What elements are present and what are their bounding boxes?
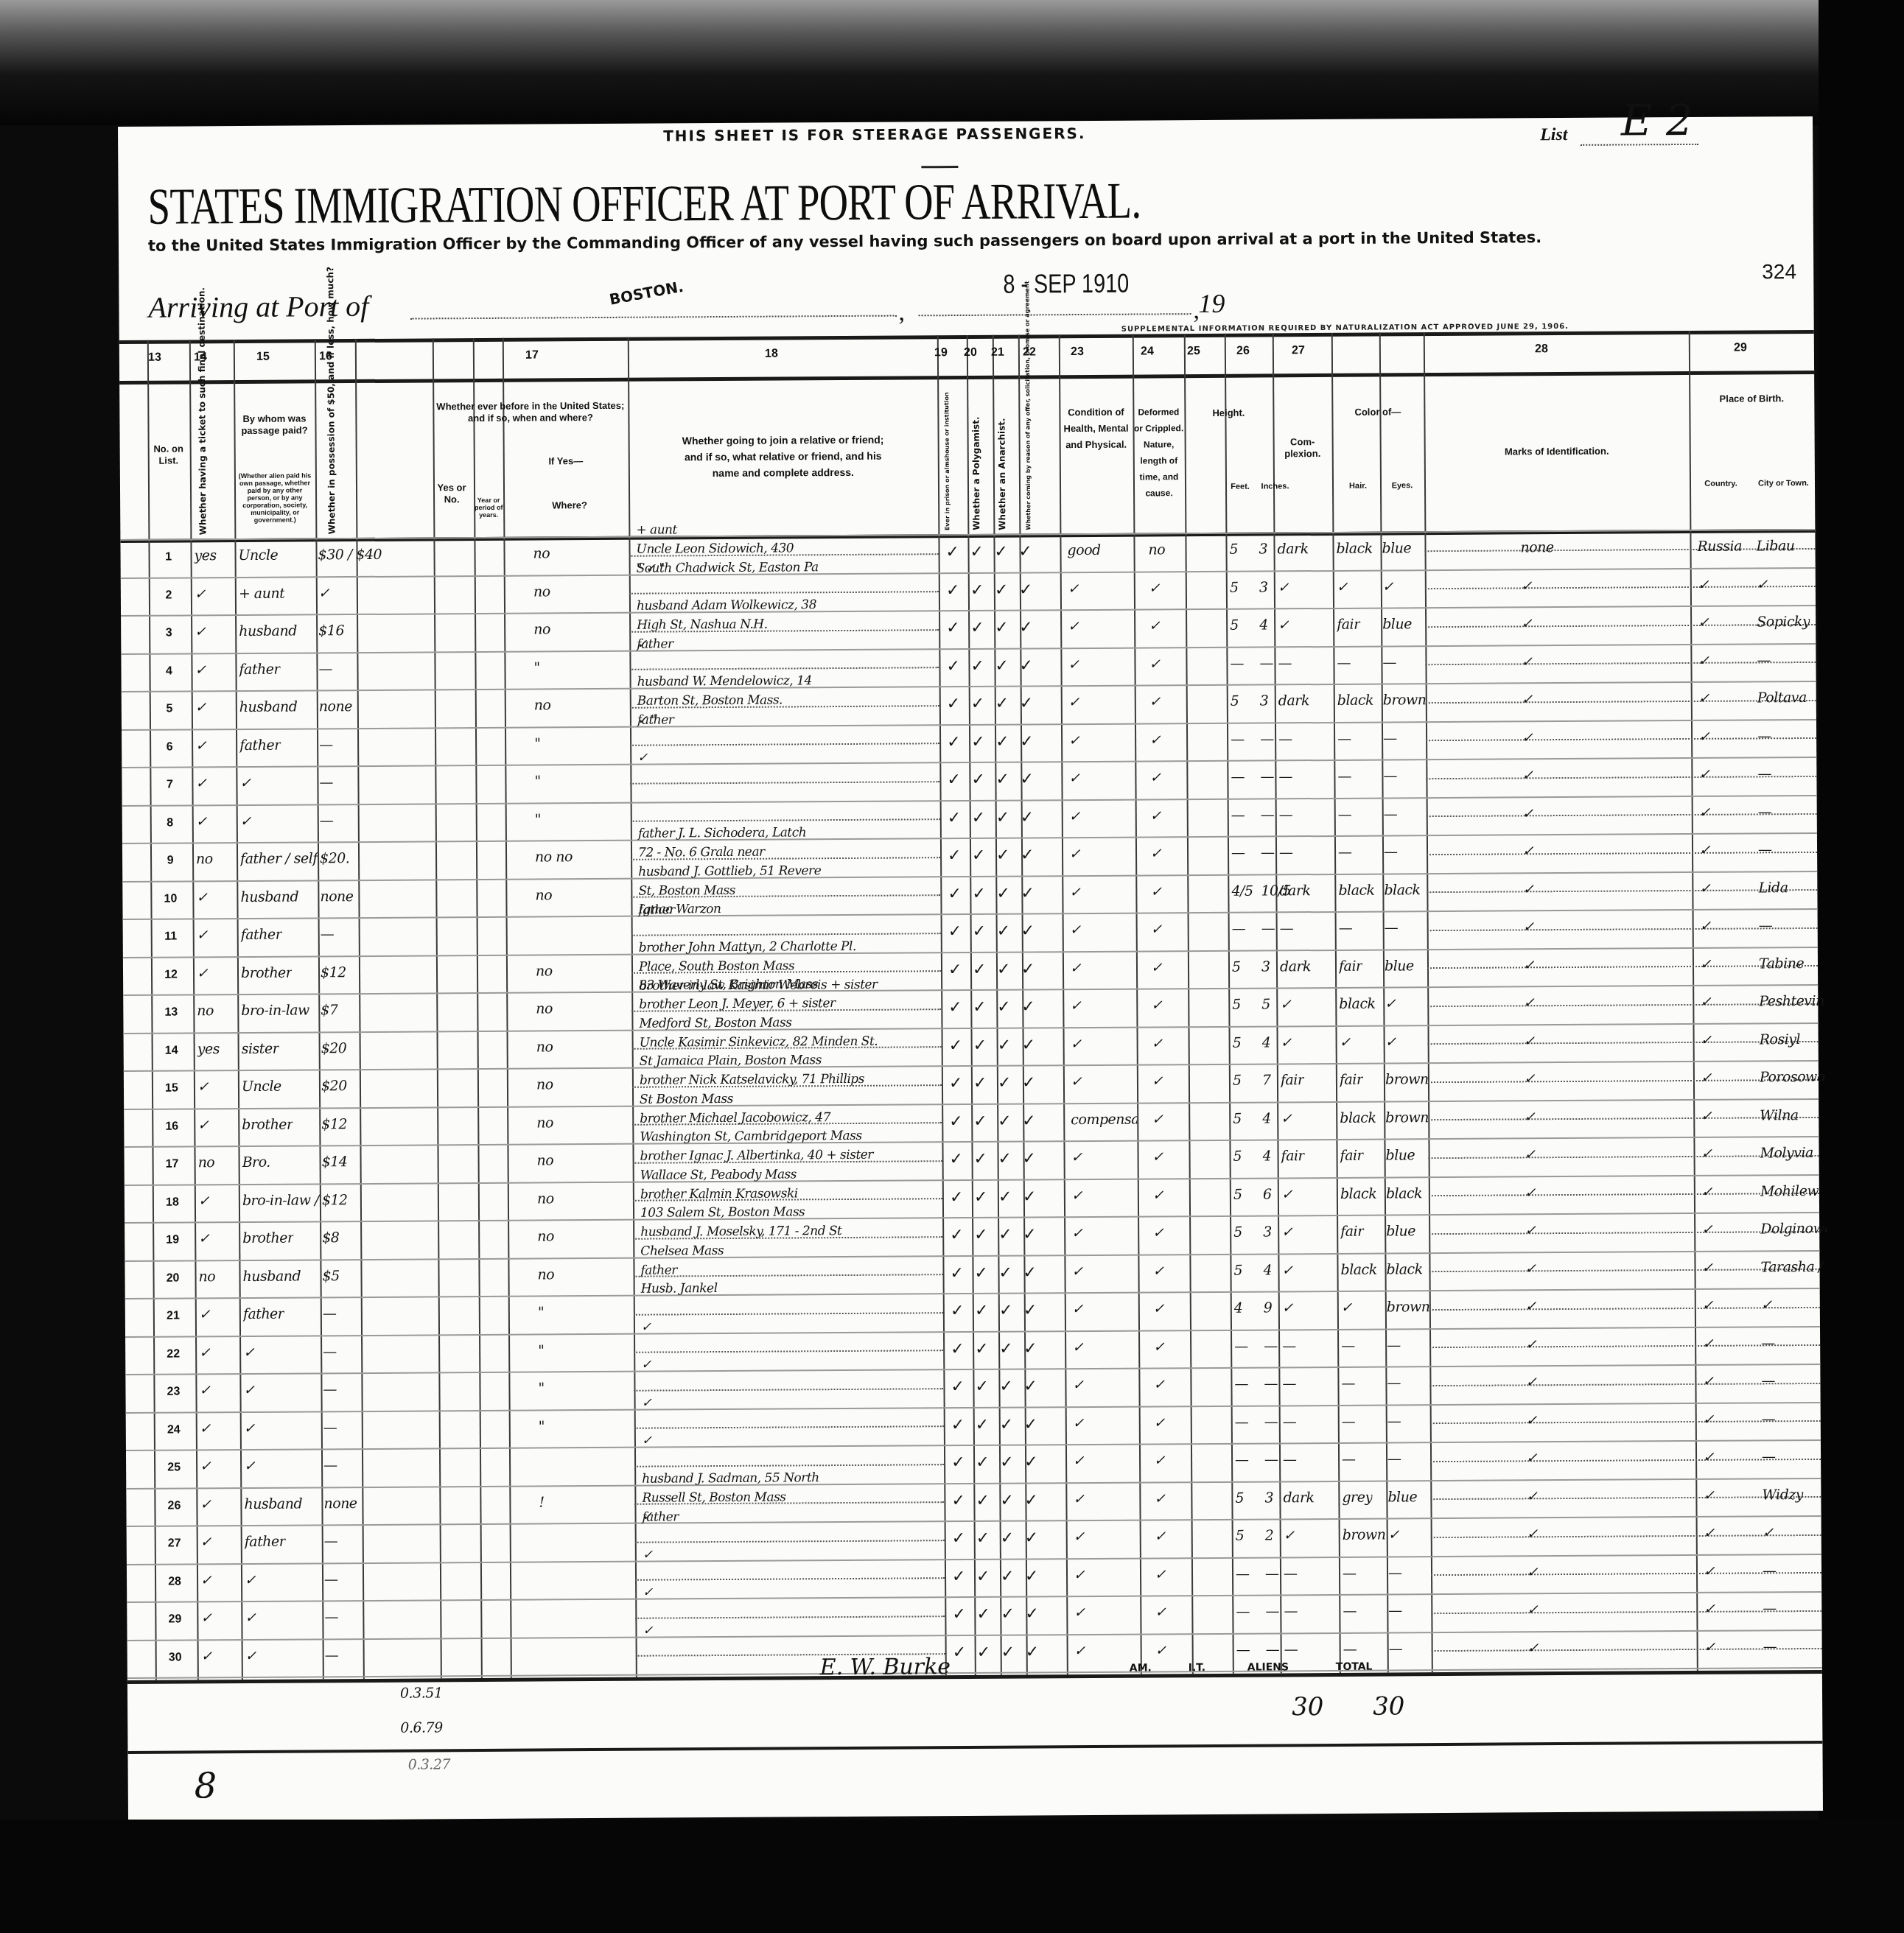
relative-address-line: Barton St, Boston Mass. xyxy=(637,693,783,709)
check-mark-icon: ✓ xyxy=(1024,1415,1038,1434)
check-mark-icon: ✓ xyxy=(999,1339,1013,1358)
check-mark-icon: ✓ xyxy=(1023,1149,1037,1168)
hair-cell: fair xyxy=(1339,958,1362,974)
paid-by-cell: father xyxy=(243,1306,284,1322)
eyes-cell: ✓ xyxy=(1388,1526,1400,1543)
money-cell: — xyxy=(324,1609,338,1625)
paid-by-cell: husband xyxy=(239,699,298,715)
inches-cell: 4 xyxy=(1262,1034,1271,1050)
relative-address-line: brother Nick Katselavicky, 71 Phillips xyxy=(640,1072,864,1088)
ticket-cell: no xyxy=(197,1003,214,1019)
check-mark-icon: ✓ xyxy=(973,1112,987,1130)
inches-cell: — xyxy=(1264,1338,1278,1354)
hair-cell: black xyxy=(1340,1185,1376,1201)
hair-cell: black xyxy=(1340,1109,1376,1126)
header-year: Year or period of years. xyxy=(474,497,503,519)
check-mark-icon: ✓ xyxy=(971,771,985,789)
complexion-cell: — xyxy=(1278,655,1292,671)
eyes-cell: — xyxy=(1387,1413,1401,1429)
check-mark-icon: ✓ xyxy=(1019,618,1033,636)
health-cell: ✓ xyxy=(1071,1263,1083,1280)
inches-cell: 3 xyxy=(1263,1224,1272,1240)
city-cell: Poltava xyxy=(1757,690,1807,706)
footer-rule xyxy=(127,1741,1822,1754)
address-dotted-line xyxy=(635,1615,945,1619)
money-cell: none xyxy=(320,888,353,905)
check-mark-icon: ✓ xyxy=(1025,1604,1039,1623)
marks-cell: ✓ xyxy=(1521,615,1533,631)
check-mark-icon: ✓ xyxy=(973,1074,987,1092)
country-cell: ✓ xyxy=(1703,1411,1715,1427)
check-mark-icon: ✓ xyxy=(974,1187,988,1206)
marks-cell: ✓ xyxy=(1527,1564,1539,1580)
hair-cell: — xyxy=(1338,844,1352,860)
eyes-cell: brown xyxy=(1385,1109,1429,1126)
check-mark-icon: ✓ xyxy=(946,581,960,600)
inches-cell: — xyxy=(1260,731,1274,747)
inches-cell: 7 xyxy=(1262,1072,1271,1088)
complexion-cell: dark xyxy=(1280,958,1311,975)
health-cell: ✓ xyxy=(1071,1149,1083,1165)
marks-cell: ✓ xyxy=(1526,1412,1538,1428)
hair-cell: — xyxy=(1342,1413,1356,1429)
hair-cell: black xyxy=(1338,882,1374,898)
money-cell: — xyxy=(319,737,333,753)
country-cell: ✓ xyxy=(1698,766,1710,782)
country-cell: ✓ xyxy=(1701,1031,1712,1048)
check-mark-icon: ✓ xyxy=(974,1226,988,1244)
paid-by-cell: father xyxy=(239,737,281,753)
relative-address-line: Chelsea Mass xyxy=(640,1243,724,1259)
feet-cell: 5 xyxy=(1232,958,1241,975)
city-cell: — xyxy=(1757,652,1771,668)
check-mark-icon: ✓ xyxy=(950,1150,964,1168)
deformed-cell: ✓ xyxy=(1155,1642,1167,1658)
relative-address-line: Uncle Leon Sidowich, 430 xyxy=(636,541,794,556)
manifest-sheet: THIS SHEET IS FOR STEERAGE PASSENGERS. L… xyxy=(118,116,1823,1821)
ticket-cell: ✓ xyxy=(198,1193,210,1209)
check-mark-icon: ✓ xyxy=(951,1340,965,1358)
city-cell: Wilna xyxy=(1760,1107,1799,1123)
inches-cell: — xyxy=(1266,1641,1280,1657)
column-number: 26 xyxy=(1228,345,1258,358)
money-cell: — xyxy=(323,1305,337,1322)
complexion-cell: ✓ xyxy=(1278,579,1289,595)
check-mark-icon: ✓ xyxy=(951,1492,965,1510)
money-cell: — xyxy=(325,1647,339,1663)
city-cell: — xyxy=(1757,728,1771,744)
country-cell: ✓ xyxy=(1701,1259,1713,1275)
before-cell: " xyxy=(538,1342,544,1358)
country-cell: ✓ xyxy=(1704,1601,1715,1617)
inches-cell: 2 xyxy=(1265,1527,1274,1543)
check-mark-icon: ✓ xyxy=(948,885,962,903)
hair-cell: fair xyxy=(1340,1072,1363,1088)
complexion-cell: dark xyxy=(1279,883,1310,899)
eyes-cell: — xyxy=(1389,1641,1403,1657)
deformed-cell: ✓ xyxy=(1153,1376,1165,1392)
before-cell: " xyxy=(539,1418,545,1434)
complexion-cell: ✓ xyxy=(1280,996,1292,1012)
check-mark-icon: ✓ xyxy=(971,695,985,713)
relative-address-line: ✓ xyxy=(637,751,648,765)
deformed-cell: ✓ xyxy=(1155,1528,1166,1544)
city-cell: — xyxy=(1762,1411,1776,1427)
ticket-cell: yes xyxy=(194,547,216,564)
row-number: 4 xyxy=(154,664,183,678)
inches-cell: 4 xyxy=(1263,1262,1272,1278)
list-value: E 2 xyxy=(1621,95,1693,146)
row-number: 10 xyxy=(155,892,185,905)
money-cell: — xyxy=(324,1571,338,1588)
city-cell: Tabine xyxy=(1759,955,1804,972)
list-label: List xyxy=(1540,125,1568,145)
health-cell: ✓ xyxy=(1070,960,1082,976)
marks-cell: ✓ xyxy=(1526,1488,1538,1504)
steerage-banner: THIS SHEET IS FOR STEERAGE PASSENGERS. xyxy=(663,124,1086,145)
city-cell: ✓ xyxy=(1763,1524,1774,1540)
check-mark-icon: ✓ xyxy=(1024,1453,1038,1471)
check-mark-icon: ✓ xyxy=(1020,732,1034,751)
row-number: 21 xyxy=(158,1309,188,1322)
row-number: 16 xyxy=(157,1120,186,1133)
footer-label-it: I.T. xyxy=(1189,1662,1205,1674)
ticket-cell: ✓ xyxy=(195,662,206,678)
check-mark-icon: ✓ xyxy=(952,1529,966,1548)
relative-address-line: Washington St, Cambridgeport Mass xyxy=(640,1129,861,1145)
row-number: 14 xyxy=(157,1044,186,1057)
relative-address-line: Place, South Boston Mass xyxy=(639,958,794,974)
deformed-cell: ✓ xyxy=(1155,1604,1166,1620)
header-polygamist: Whether a Polygamist. xyxy=(970,398,981,530)
ticket-cell: ✓ xyxy=(201,1648,213,1664)
scan-bottom-shadow xyxy=(0,1820,1904,1933)
marks-cell: ✓ xyxy=(1522,843,1534,859)
eyes-cell: black xyxy=(1384,882,1420,898)
eyes-cell: blue xyxy=(1386,1223,1415,1239)
inches-cell: 9 xyxy=(1264,1299,1273,1316)
country-cell: ✓ xyxy=(1701,1107,1712,1123)
check-mark-icon: ✓ xyxy=(975,1378,989,1396)
check-mark-icon: ✓ xyxy=(973,922,987,941)
header-passage-note: (Whether alien paid his own passage, whe… xyxy=(238,471,312,524)
marks-cell: ✓ xyxy=(1524,1070,1536,1087)
complexion-cell: — xyxy=(1279,844,1293,860)
check-mark-icon: ✓ xyxy=(995,580,1009,599)
eyes-cell: — xyxy=(1388,1565,1402,1581)
feet-cell: — xyxy=(1232,921,1246,937)
inches-cell: — xyxy=(1265,1603,1279,1619)
paid-by-cell: brother xyxy=(242,1116,293,1132)
feet-cell: 5 xyxy=(1233,1186,1242,1202)
check-mark-icon: ✓ xyxy=(1021,922,1035,940)
check-mark-icon: ✓ xyxy=(1021,960,1035,978)
inches-cell: — xyxy=(1261,807,1275,823)
feet-cell: — xyxy=(1234,1338,1248,1354)
relative-address-line: ✓ xyxy=(642,1395,652,1410)
health-cell: ✓ xyxy=(1074,1604,1085,1621)
ticket-cell: ✓ xyxy=(200,1534,212,1550)
money-cell: none xyxy=(319,698,352,715)
check-mark-icon: ✓ xyxy=(999,1302,1013,1320)
before-cell: no xyxy=(537,1266,554,1283)
marks-cell: ✓ xyxy=(1522,767,1533,783)
address-dotted-line xyxy=(630,667,939,670)
header-yes-no: Yes or No. xyxy=(433,482,470,505)
row-number: 12 xyxy=(156,968,186,981)
relative-address-line: 72 - No. 6 Grala near xyxy=(638,845,765,860)
paid-by-cell: ✓ xyxy=(244,1420,256,1436)
address-dotted-line xyxy=(635,1540,945,1543)
paid-by-cell: ✓ xyxy=(244,1458,256,1474)
country-cell: ✓ xyxy=(1699,880,1711,896)
feet-cell: — xyxy=(1235,1414,1249,1430)
check-mark-icon: ✓ xyxy=(1021,884,1035,902)
country-cell: ✓ xyxy=(1704,1525,1715,1541)
marks-cell: ✓ xyxy=(1526,1450,1538,1466)
check-mark-icon: ✓ xyxy=(994,543,1008,561)
header-possession-50: Whether in possession of $50, and if les… xyxy=(326,401,337,534)
eyes-cell: — xyxy=(1388,1602,1402,1618)
country-cell: ✓ xyxy=(1702,1373,1714,1389)
paid-by-cell: husband xyxy=(240,888,298,905)
health-cell: ✓ xyxy=(1068,770,1080,786)
row-number: 17 xyxy=(158,1157,187,1171)
country-cell: ✓ xyxy=(1704,1638,1716,1655)
deformed-cell: ✓ xyxy=(1152,1035,1163,1051)
check-mark-icon: ✓ xyxy=(1020,694,1034,712)
ticket-cell: ✓ xyxy=(197,927,209,943)
column-number: 29 xyxy=(1726,341,1755,354)
complexion-cell: — xyxy=(1283,1451,1297,1467)
inches-cell: — xyxy=(1264,1451,1278,1467)
check-mark-icon: ✓ xyxy=(948,961,962,979)
eyes-cell: — xyxy=(1387,1375,1401,1391)
feet-cell: — xyxy=(1231,807,1245,823)
complexion-cell: fair xyxy=(1281,1072,1304,1088)
paid-by-cell: ✓ xyxy=(245,1610,256,1626)
row-number: 19 xyxy=(158,1233,187,1246)
tally-2: 0.6.79 xyxy=(400,1719,443,1736)
money-cell: $30 / $40 xyxy=(318,547,382,564)
health-cell: ✓ xyxy=(1071,1187,1083,1204)
hair-cell: fair xyxy=(1340,1224,1364,1240)
health-cell: ✓ xyxy=(1072,1339,1084,1355)
check-mark-icon: ✓ xyxy=(1023,1377,1037,1395)
address-dotted-line xyxy=(634,1350,943,1353)
city-cell: — xyxy=(1762,1448,1776,1464)
hair-cell: ✓ xyxy=(1337,578,1348,594)
inches-cell: — xyxy=(1259,655,1273,671)
check-mark-icon: ✓ xyxy=(1001,1605,1015,1624)
health-cell: ✓ xyxy=(1068,656,1079,673)
country-cell: ✓ xyxy=(1702,1335,1714,1351)
ticket-cell: yes xyxy=(197,1041,220,1057)
relative-address-line: Ignac Warzon xyxy=(638,902,721,917)
before-cell: no xyxy=(536,1039,553,1055)
hair-cell: — xyxy=(1341,1337,1355,1353)
check-mark-icon: ✓ xyxy=(1001,1643,1015,1661)
relative-address-line: ✓ xyxy=(643,1623,653,1638)
money-cell: $7 xyxy=(321,1002,337,1018)
before-cell: no xyxy=(535,887,552,903)
inches-cell: 5 xyxy=(1261,996,1270,1012)
total-count: 30 xyxy=(1373,1691,1405,1721)
eyes-cell: ✓ xyxy=(1385,1034,1397,1050)
row-number: 15 xyxy=(157,1081,186,1095)
row-number: 26 xyxy=(159,1499,189,1512)
inches-cell: 4 xyxy=(1262,1148,1271,1164)
relative-address-line: ✓ xyxy=(643,1585,653,1600)
money-cell: none xyxy=(323,1495,357,1512)
row-number: 3 xyxy=(154,626,183,639)
relative-address-line: St, Boston Mass xyxy=(638,883,735,898)
feet-cell: 5 xyxy=(1233,1034,1242,1050)
check-mark-icon: ✓ xyxy=(973,1036,987,1054)
complexion-cell: dark xyxy=(1277,541,1308,557)
check-mark-icon: ✓ xyxy=(972,884,986,902)
health-cell: ✓ xyxy=(1074,1643,1086,1659)
check-mark-icon: ✓ xyxy=(995,732,1009,751)
marks-cell: ✓ xyxy=(1523,957,1535,973)
before-cell: no xyxy=(536,963,553,979)
health-cell: ✓ xyxy=(1072,1301,1084,1317)
hair-cell: fair xyxy=(1337,617,1360,633)
check-mark-icon: ✓ xyxy=(950,1264,964,1283)
eyes-cell: ✓ xyxy=(1385,995,1396,1011)
inches-cell: 4 xyxy=(1262,1110,1271,1126)
deformed-cell: ✓ xyxy=(1154,1414,1166,1431)
header-ticket: Whether having a ticket to such final de… xyxy=(197,402,208,535)
money-cell: — xyxy=(319,774,333,790)
deformed-cell: ✓ xyxy=(1149,617,1161,634)
complexion-cell: ✓ xyxy=(1281,1224,1293,1240)
marks-cell: ✓ xyxy=(1524,1146,1536,1162)
inches-cell: — xyxy=(1265,1565,1279,1582)
eyes-cell: black xyxy=(1386,1261,1422,1277)
eyes-cell: black xyxy=(1386,1185,1422,1201)
ticket-cell: ✓ xyxy=(200,1572,212,1588)
money-cell: — xyxy=(323,1381,337,1397)
before-cell: " xyxy=(538,1304,544,1320)
deformed-cell: ✓ xyxy=(1153,1300,1165,1316)
before-cell: no xyxy=(536,1115,553,1131)
marks-cell: ✓ xyxy=(1527,1526,1539,1542)
country-cell: ✓ xyxy=(1698,576,1709,592)
feet-cell: — xyxy=(1231,845,1245,861)
complexion-cell: ✓ xyxy=(1278,617,1289,633)
check-mark-icon: ✓ xyxy=(951,1378,965,1396)
money-cell: $5 xyxy=(322,1268,339,1284)
banner-rule xyxy=(921,166,958,168)
hair-cell: — xyxy=(1337,768,1351,785)
inches-cell: — xyxy=(1261,920,1275,936)
row-number: 28 xyxy=(160,1575,189,1588)
eyes-cell: blue xyxy=(1387,1489,1417,1505)
country-cell: ✓ xyxy=(1703,1449,1715,1465)
row-number: 29 xyxy=(160,1613,189,1626)
hair-cell: — xyxy=(1337,730,1351,746)
header-inches: Inches. xyxy=(1259,480,1292,492)
feet-cell: 4/5 xyxy=(1231,883,1253,899)
inches-cell: 3 xyxy=(1259,541,1267,557)
deformed-cell: ✓ xyxy=(1151,959,1163,975)
row-number: 25 xyxy=(159,1461,189,1474)
country-cell: ✓ xyxy=(1704,1562,1715,1579)
city-cell: Molyvia xyxy=(1760,1145,1813,1161)
row-number: 7 xyxy=(155,778,184,791)
country-cell: ✓ xyxy=(1703,1487,1715,1503)
country-cell: ✓ xyxy=(1701,1221,1713,1238)
city-cell: — xyxy=(1763,1600,1777,1616)
city-cell: ✓ xyxy=(1761,1297,1773,1313)
row-number: 24 xyxy=(159,1423,189,1436)
marks-cell: ✓ xyxy=(1522,881,1534,897)
relative-address-line: Uncle Kasimir Sinkevicz, 82 Minden St. xyxy=(640,1034,878,1050)
feet-cell: 5 xyxy=(1233,1073,1242,1089)
inches-cell: — xyxy=(1260,768,1274,785)
feet-cell: 5 xyxy=(1231,693,1239,709)
money-cell: $12 xyxy=(321,964,346,980)
health-cell: ✓ xyxy=(1069,884,1081,900)
header-offer: Whether coming by reason of any offer, s… xyxy=(1024,397,1032,530)
complexion-cell: — xyxy=(1282,1375,1296,1392)
money-cell: — xyxy=(321,926,335,942)
column-number: 23 xyxy=(1063,345,1092,359)
row-number: 20 xyxy=(158,1271,187,1285)
health-cell: good xyxy=(1067,542,1100,558)
check-mark-icon: ✓ xyxy=(1023,1339,1037,1358)
money-cell: — xyxy=(318,661,332,677)
header-anarchist: Whether an Anarchist. xyxy=(996,398,1007,530)
relative-address-line: ✓ xyxy=(643,1547,653,1562)
country-cell: ✓ xyxy=(1699,842,1711,858)
address-dotted-line xyxy=(634,1274,943,1277)
check-mark-icon: ✓ xyxy=(1000,1415,1014,1434)
relative-address-line: Medford St, Boston Mass xyxy=(639,1015,791,1031)
feet-cell: 5 xyxy=(1235,1490,1244,1506)
paid-by-cell: father / self xyxy=(240,850,318,867)
check-mark-icon: ✓ xyxy=(1022,1073,1036,1092)
eyes-cell: brown xyxy=(1385,1071,1429,1087)
inches-cell: 3 xyxy=(1264,1490,1273,1506)
check-mark-icon: ✓ xyxy=(947,771,961,789)
health-cell: ✓ xyxy=(1069,846,1081,862)
inches-cell: 6 xyxy=(1263,1186,1272,1202)
inches-cell: — xyxy=(1264,1375,1278,1392)
column-number: 24 xyxy=(1133,345,1162,358)
check-mark-icon: ✓ xyxy=(976,1567,990,1585)
feet-cell: — xyxy=(1231,731,1245,747)
marks-cell: ✓ xyxy=(1527,1640,1539,1656)
feet-cell: — xyxy=(1236,1641,1250,1657)
city-cell: Mohilew xyxy=(1760,1182,1819,1199)
header-height: Height. xyxy=(1184,407,1273,419)
check-mark-icon: ✓ xyxy=(997,960,1011,978)
year-prefix: 19 xyxy=(1198,288,1225,319)
hair-cell: — xyxy=(1343,1641,1357,1657)
deformed-cell: ✓ xyxy=(1150,807,1162,824)
eyes-cell: — xyxy=(1383,768,1397,784)
feet-cell: — xyxy=(1235,1452,1249,1468)
country-cell: ✓ xyxy=(1700,918,1712,934)
deformed-cell: ✓ xyxy=(1149,693,1161,709)
check-mark-icon: ✓ xyxy=(1019,656,1033,675)
check-mark-icon: ✓ xyxy=(1025,1529,1039,1547)
check-mark-icon: ✓ xyxy=(995,695,1009,713)
health-cell: ✓ xyxy=(1069,808,1081,824)
port-line xyxy=(410,315,897,320)
